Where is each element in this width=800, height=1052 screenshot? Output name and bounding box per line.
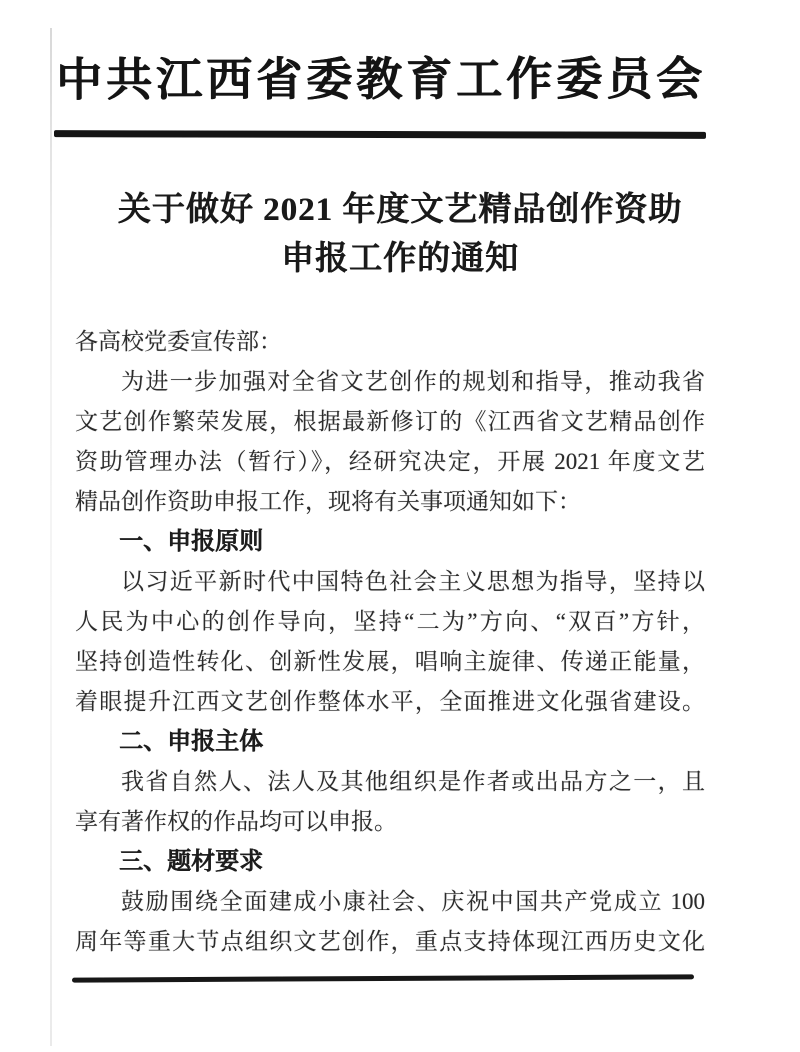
scanned-notice-page: 中共江西省委教育工作委员会 关于做好 2021 年度文艺精品创作资助 申报工作的… <box>0 0 800 1052</box>
body-line: 以习近平新时代中国特色社会主义思想为指导，坚持以 <box>75 562 705 602</box>
body-line: 周年等重大节点组织文艺创作，重点支持体现江西历史文化 <box>75 922 705 962</box>
body-line: 鼓励围绕全面建成小康社会、庆祝中国共产党成立 100 <box>75 882 705 922</box>
body-line: 文艺创作繁荣发展，根据最新修订的《江西省文艺精品创作 <box>75 402 705 442</box>
document-title-line-1: 关于做好 2021 年度文艺精品创作资助 <box>0 186 800 235</box>
body-line: 精品创作资助申报工作，现将有关事项通知如下： <box>75 482 705 522</box>
body-line: 为进一步加强对全省文艺创作的规划和指导，推动我省 <box>75 362 705 402</box>
body-line: 享有著作权的作品均可以申报。 <box>75 802 705 842</box>
document-body: 各高校党委宣传部：为进一步加强对全省文艺创作的规划和指导，推动我省文艺创作繁荣发… <box>75 322 705 962</box>
document-title: 关于做好 2021 年度文艺精品创作资助 申报工作的通知 <box>0 186 800 284</box>
body-line: 我省自然人、法人及其他组织是作者或出品方之一，且 <box>75 762 705 802</box>
scan-artifact-line <box>50 28 52 1046</box>
body-line: 各高校党委宣传部： <box>75 322 705 362</box>
section-heading: 三、题材要求 <box>75 842 705 882</box>
footer-divider <box>72 975 694 983</box>
body-line: 资助管理办法（暂行）》，经研究决定，开展 2021 年度文艺 <box>75 442 705 482</box>
body-line: 坚持创造性转化、创新性发展，唱响主旋律、传递正能量， <box>75 642 705 682</box>
section-heading: 二、申报主体 <box>75 722 705 762</box>
section-heading: 一、申报原则 <box>75 522 705 562</box>
document-title-line-2: 申报工作的通知 <box>0 235 800 284</box>
body-line: 人民为中心的创作导向，坚持“二为”方向、“双百”方针， <box>75 602 705 642</box>
letterhead-title: 中共江西省委教育工作委员会 <box>56 51 800 107</box>
letterhead-divider <box>54 130 706 139</box>
body-line: 着眼提升江西文艺创作整体水平，全面推进文化强省建设。 <box>75 682 705 722</box>
